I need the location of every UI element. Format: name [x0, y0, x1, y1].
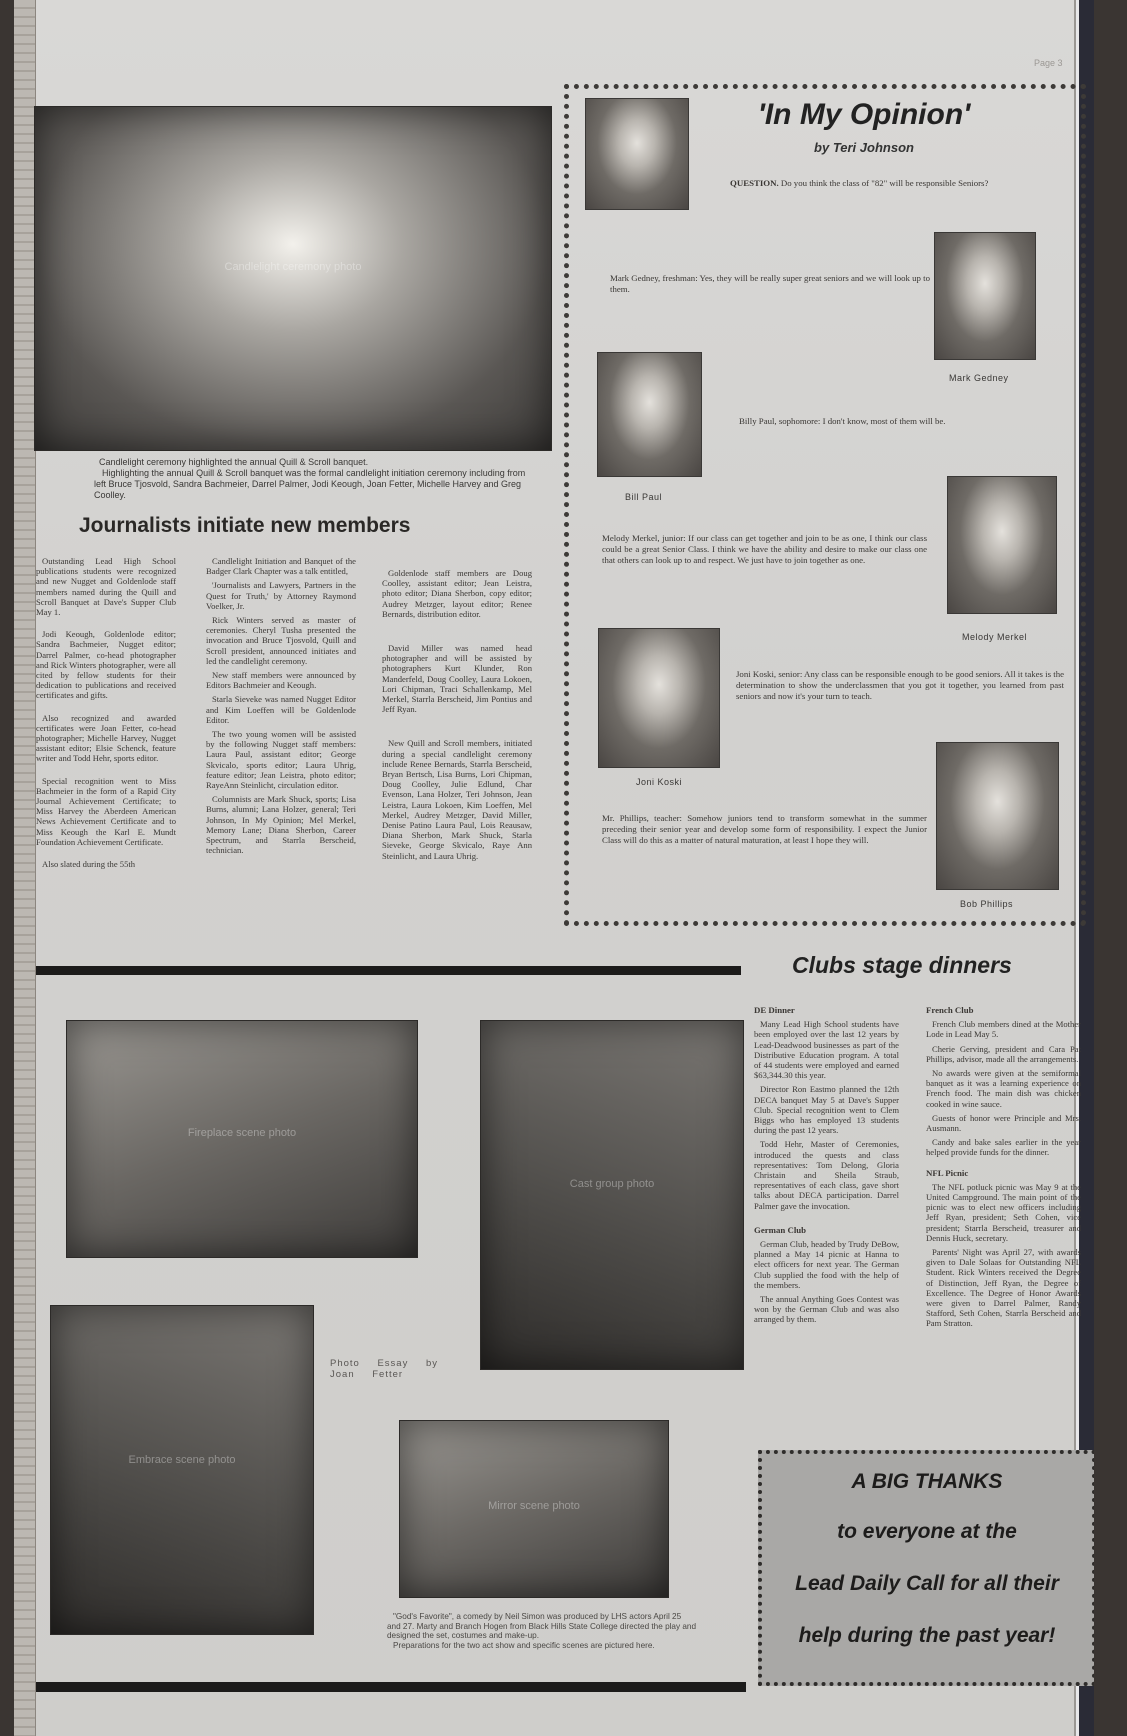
clubs-column-2: French Club French Club members dined at… [926, 1003, 1081, 1333]
response-mark-gedney: Mark Gedney, freshman: Yes, they will be… [610, 273, 930, 295]
paragraph: The two young women will be assisted by … [206, 729, 356, 790]
portrait-mark-gedney [934, 232, 1036, 360]
portrait-melody-merkel [947, 476, 1057, 614]
photo-label: Mirror scene photo [400, 1500, 668, 1512]
caption-body: Highlighting the annual Quill & Scroll b… [94, 468, 534, 501]
paragraph: The annual Anything Goes Contest was won… [754, 1294, 899, 1325]
paragraph: Jodi Keough, Goldenlode editor; Sandra B… [36, 629, 176, 700]
section-heading: French Club [926, 1005, 1081, 1015]
caption-paragraph: "God's Favorite", a comedy by Neil Simon… [387, 1612, 697, 1641]
paragraph: French Club members dined at the Mother … [926, 1019, 1081, 1039]
newspaper-page: Page 3 Candlelight ceremony photo Candle… [14, 0, 1094, 1736]
thanks-line: A BIG THANKS [762, 1470, 1092, 1494]
photo-caption: Candlelight ceremony highlighted the ann… [94, 457, 534, 501]
paragraph: Guests of honor were Principle and Mrs. … [926, 1113, 1081, 1133]
portrait-label: Mark Gedney [949, 373, 1009, 383]
paragraph: New staff members were announced by Edit… [206, 670, 356, 690]
paragraph: Columnists are Mark Shuck, sports; Lisa … [206, 794, 356, 855]
article-column-1: Outstanding Lead High School publication… [36, 556, 176, 873]
play-caption: "God's Favorite", a comedy by Neil Simon… [387, 1612, 697, 1650]
section-divider [36, 966, 741, 975]
response-bob-phillips: Mr. Phillips, teacher: Somehow juniors t… [602, 813, 927, 845]
clubs-headline: Clubs stage dinners [792, 952, 1012, 979]
adjacent-page-edge [14, 0, 36, 1736]
paragraph: Candy and bake sales earlier in the year… [926, 1137, 1081, 1157]
response-melody-merkel: Melody Merkel, junior: If our class can … [602, 533, 927, 565]
portrait-bill-paul [597, 352, 702, 477]
paragraph: New Quill and Scroll members, initiated … [382, 738, 532, 860]
bottom-divider [36, 1682, 746, 1692]
photo-label: Cast group photo [481, 1178, 743, 1190]
article-headline: Journalists initiate new members [79, 514, 410, 538]
paragraph: Todd Hehr, Master of Ceremonies, introdu… [754, 1139, 899, 1210]
clubs-column-1: DE Dinner Many Lead High School students… [754, 1003, 899, 1329]
paragraph: Cherie Gerving, president and Cara Pat P… [926, 1044, 1081, 1064]
thanks-box: A BIG THANKS to everyone at the Lead Dai… [758, 1450, 1094, 1686]
question-label: QUESTION. [714, 178, 779, 188]
paragraph: Parents' Night was April 27, with awards… [926, 1247, 1081, 1329]
section-heading: NFL Picnic [926, 1168, 1081, 1178]
response-bill-paul: Billy Paul, sophomore: I don't know, mos… [739, 416, 1039, 427]
caption-title: Candlelight ceremony highlighted the ann… [94, 457, 534, 468]
paragraph: German Club, headed by Trudy DeBow, plan… [754, 1239, 899, 1290]
paragraph: Starla Sieveke was named Nugget Editor a… [206, 694, 356, 725]
photo-label: Fireplace scene photo [67, 1127, 417, 1139]
thanks-line: to everyone at the [762, 1520, 1092, 1544]
portrait-label: Melody Merkel [962, 632, 1027, 642]
paragraph: Outstanding Lead High School publication… [36, 556, 176, 617]
paragraph: Also slated during the 55th [36, 859, 176, 869]
caption-paragraph: Preparations for the two act show and sp… [387, 1641, 697, 1651]
author-portrait [585, 98, 689, 210]
response-joni-koski: Joni Koski, senior: Any class can be res… [736, 669, 1064, 701]
photo-label: Embrace scene photo [51, 1454, 313, 1466]
portrait-label: Joni Koski [636, 777, 682, 787]
play-photo-embrace: Embrace scene photo [50, 1305, 314, 1635]
photo-label: Candlelight ceremony photo [35, 261, 551, 273]
play-photo-mirror: Mirror scene photo [399, 1420, 669, 1598]
thanks-line: help during the past year! [762, 1624, 1092, 1648]
section-heading: German Club [754, 1225, 899, 1235]
page-number: Page 3 [1034, 58, 1063, 68]
opinion-byline: by Teri Johnson [774, 140, 954, 155]
play-photo-cast: Cast group photo [480, 1020, 744, 1370]
opinion-title: 'In My Opinion' [714, 98, 1014, 132]
photo-essay-credit: Photo Essay by Joan Fetter [330, 1358, 440, 1380]
paragraph: Many Lead High School students have been… [754, 1019, 899, 1080]
candlelight-ceremony-photo: Candlelight ceremony photo [34, 106, 552, 451]
article-column-3: Goldenlode staff members are Doug Coolle… [382, 568, 532, 865]
paragraph: Rick Winters served as master of ceremon… [206, 615, 356, 666]
portrait-label: Bob Phillips [960, 899, 1013, 909]
paragraph: No awards were given at the semiformal b… [926, 1068, 1081, 1109]
section-heading: DE Dinner [754, 1005, 899, 1015]
question-text: Do you think the class of "82" will be r… [781, 178, 989, 188]
paragraph: 'Journalists and Lawyers, Partners in th… [206, 580, 356, 611]
paragraph: The NFL potluck picnic was May 9 at the … [926, 1182, 1081, 1243]
article-column-2: Candlelight Initiation and Banquet of th… [206, 556, 356, 859]
thanks-line: Lead Daily Call for all their [762, 1572, 1092, 1596]
paragraph: David Miller was named head photographer… [382, 643, 532, 714]
opinion-question: QUESTION. Do you think the class of "82"… [714, 178, 1054, 189]
play-photo-fireplace: Fireplace scene photo [66, 1020, 418, 1258]
paragraph: Special recognition went to Miss Bachmei… [36, 776, 176, 847]
paragraph: Goldenlode staff members are Doug Coolle… [382, 568, 532, 619]
paragraph: Candlelight Initiation and Banquet of th… [206, 556, 356, 576]
portrait-label: Bill Paul [625, 492, 662, 502]
paragraph: Director Ron Eastmo planned the 12th DEC… [754, 1084, 899, 1135]
paragraph: Also recognized and awarded certificates… [36, 713, 176, 764]
portrait-bob-phillips [936, 742, 1059, 890]
portrait-joni-koski [598, 628, 720, 768]
